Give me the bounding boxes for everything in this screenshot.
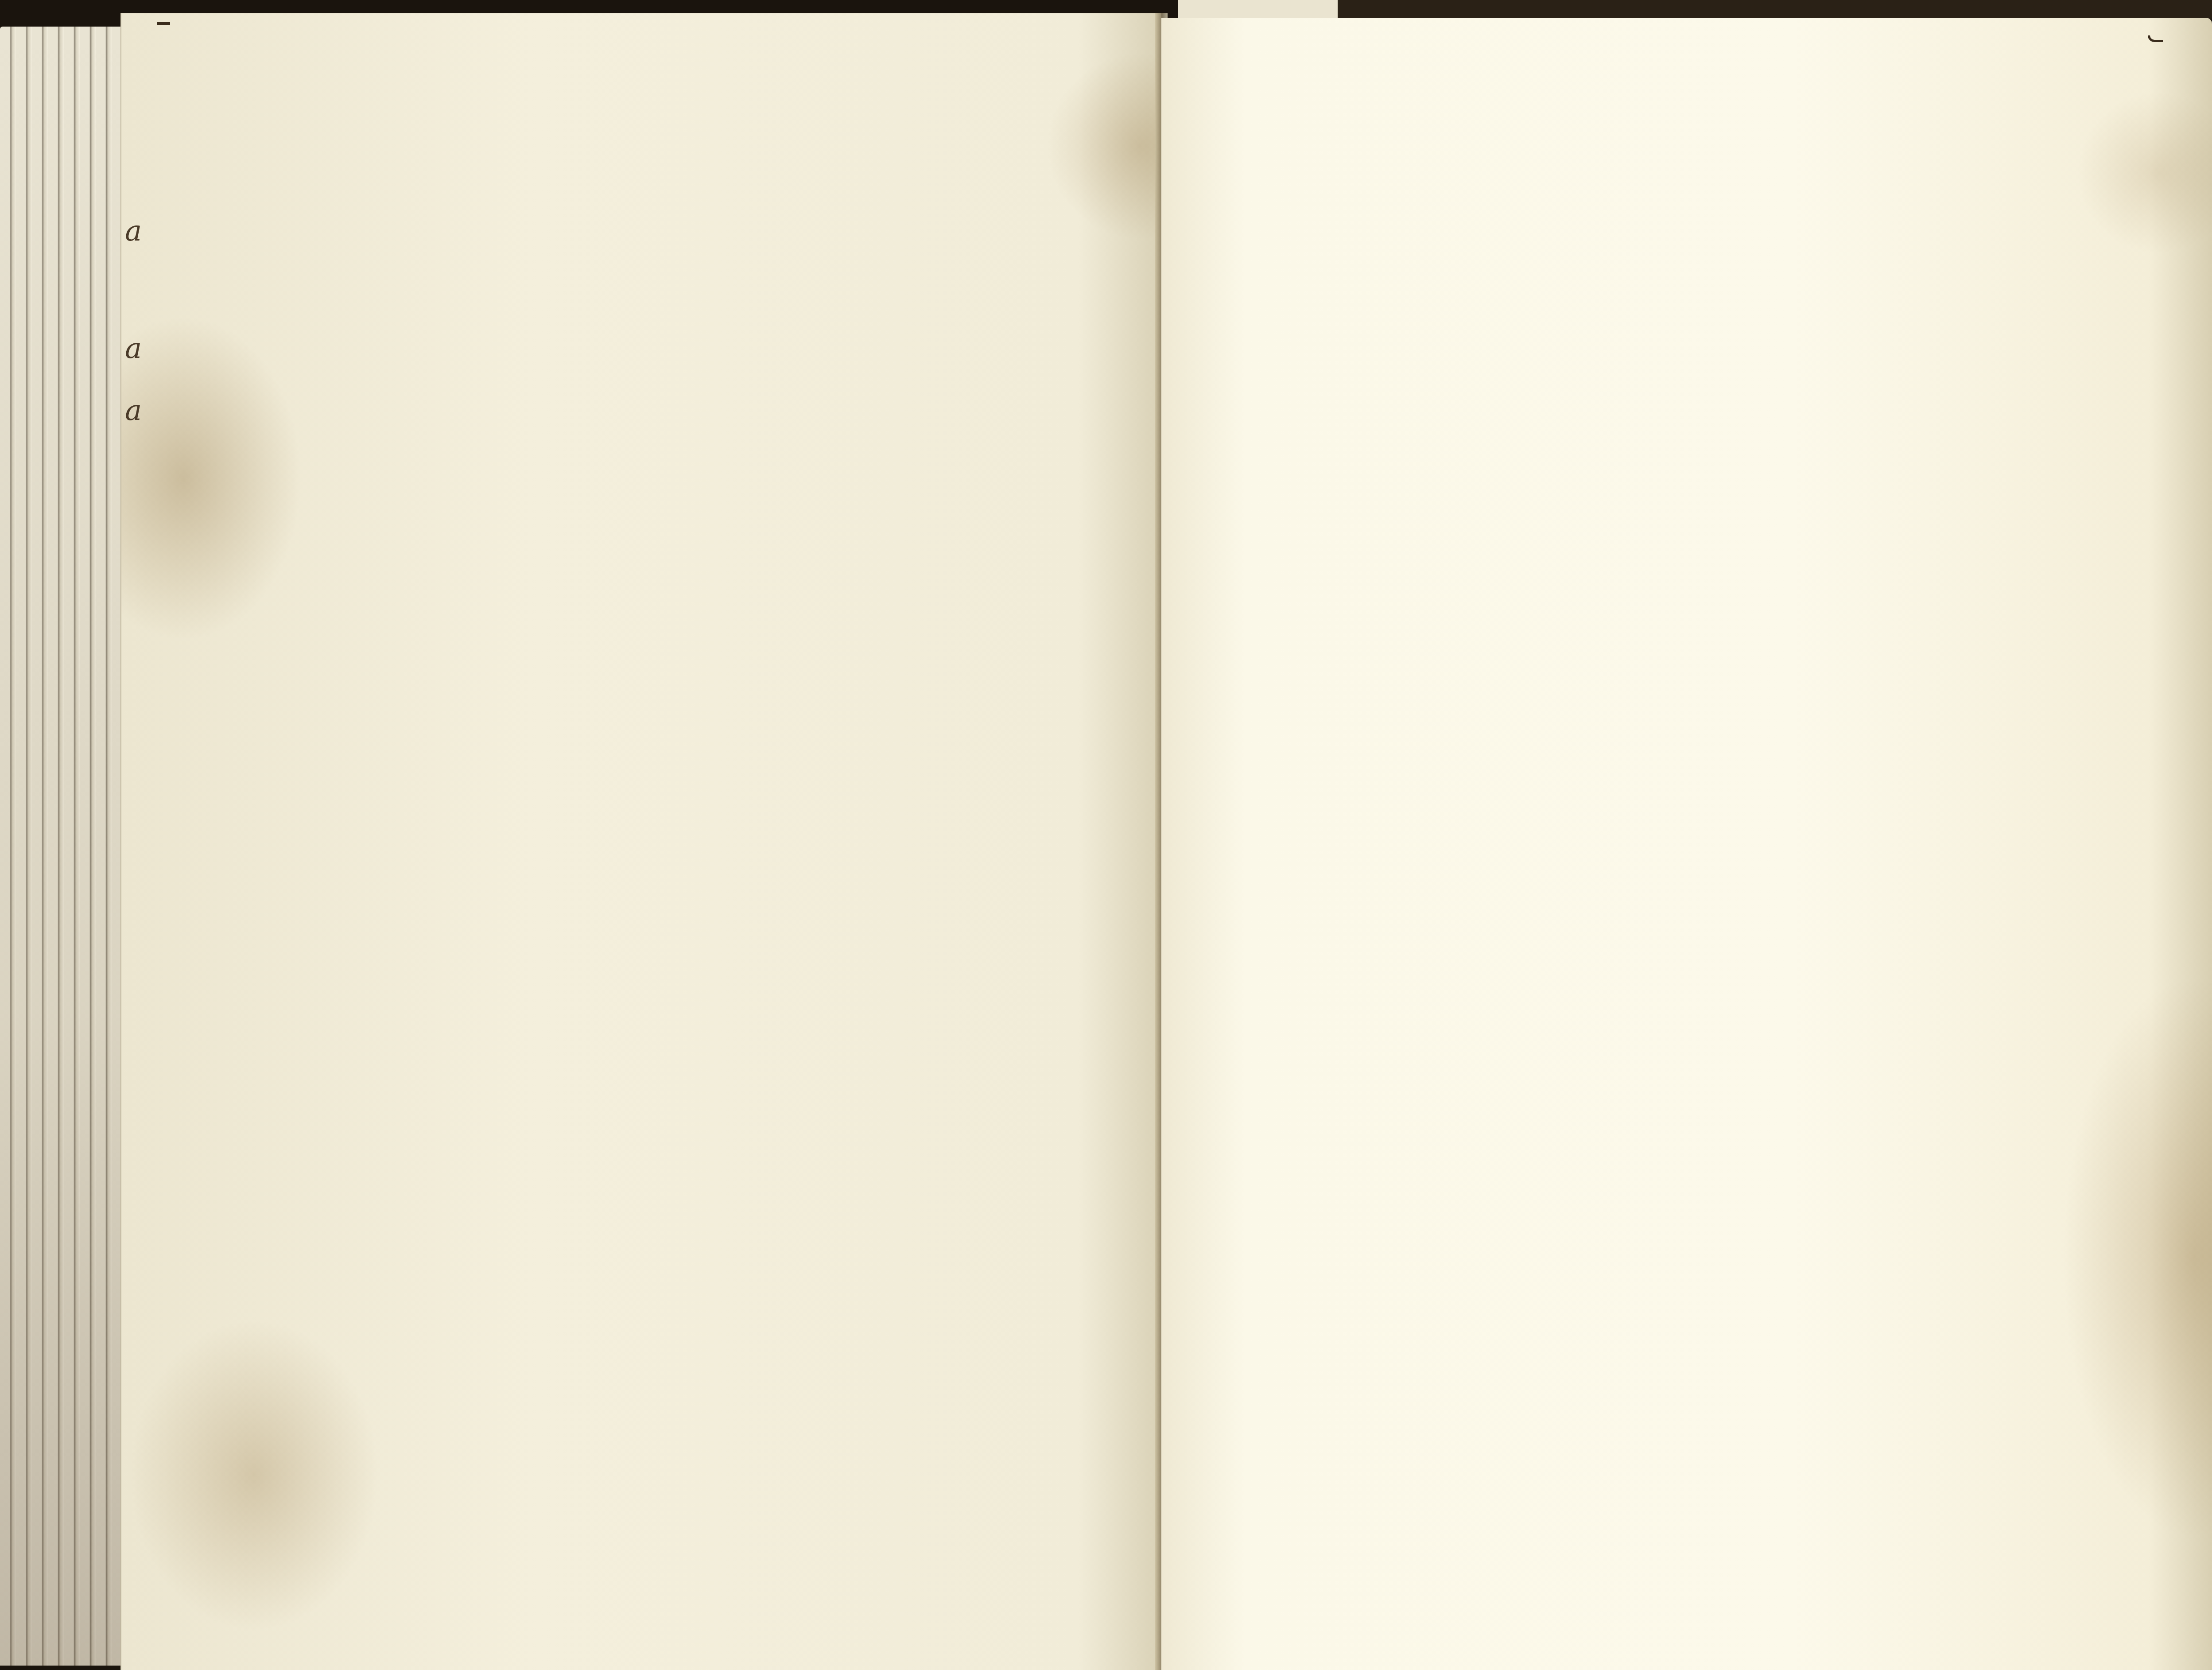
left-page: a a a xyxy=(120,13,1161,1670)
margin-mark: a xyxy=(125,394,142,427)
stacked-page-edges xyxy=(0,27,124,1666)
binding-shadow xyxy=(1311,0,2212,19)
page-number-left xyxy=(157,22,170,25)
margin-mark: a xyxy=(125,215,142,248)
right-page: Now it must be very obvious to the Oxfor… xyxy=(1161,18,2212,1670)
margin-mark: a xyxy=(125,332,142,365)
page-number-right xyxy=(2148,35,2163,42)
